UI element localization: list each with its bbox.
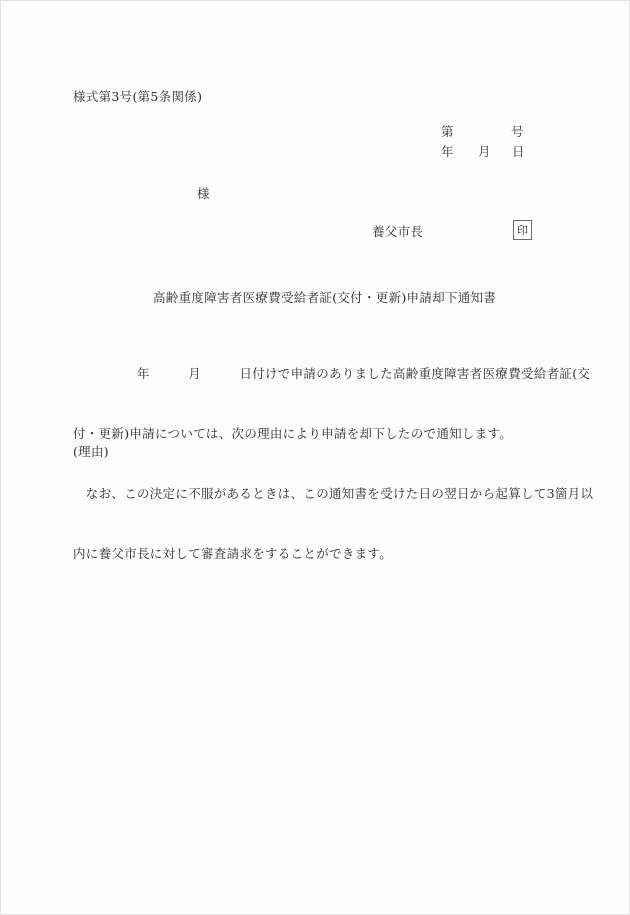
sender-title: 養父市長: [372, 222, 423, 240]
date-year-label: 年: [441, 142, 454, 160]
reason-label: (理由): [73, 442, 109, 460]
seal-mark: 印: [517, 225, 528, 236]
body-line: なお、この決定に不服があるときは、この通知書を受けた日の翌日から起算して3箇月以: [73, 484, 573, 504]
body-line: 年 月 日付けで申請のありました高齢重度障害者医療費受給者証(交: [73, 364, 573, 384]
seal-box: 印: [513, 220, 532, 240]
date-month-label: 月: [478, 142, 491, 160]
addressee-honorific: 様: [197, 184, 210, 202]
body-text: 年 月 日付けで申請のありました高齢重度障害者医療費受給者証(交 付・更新)申請…: [73, 324, 573, 604]
document-page: 様式第3号(第5条関係) 第 号 年 月 日 様 養父市長 印 高齢重度障害者医…: [0, 0, 630, 915]
body-line: 内に養父市長に対して審査請求をすることができます。: [73, 544, 573, 564]
form-number: 様式第3号(第5条関係): [73, 87, 202, 105]
document-number-suffix: 号: [511, 122, 524, 140]
document-number-prefix: 第: [441, 122, 454, 140]
date-day-label: 日: [512, 142, 525, 160]
document-title: 高齢重度障害者医療費受給者証(交付・更新)申請却下通知書: [153, 288, 496, 306]
body-line: 付・更新)申請については、次の理由により申請を却下したので通知します。: [73, 424, 573, 444]
